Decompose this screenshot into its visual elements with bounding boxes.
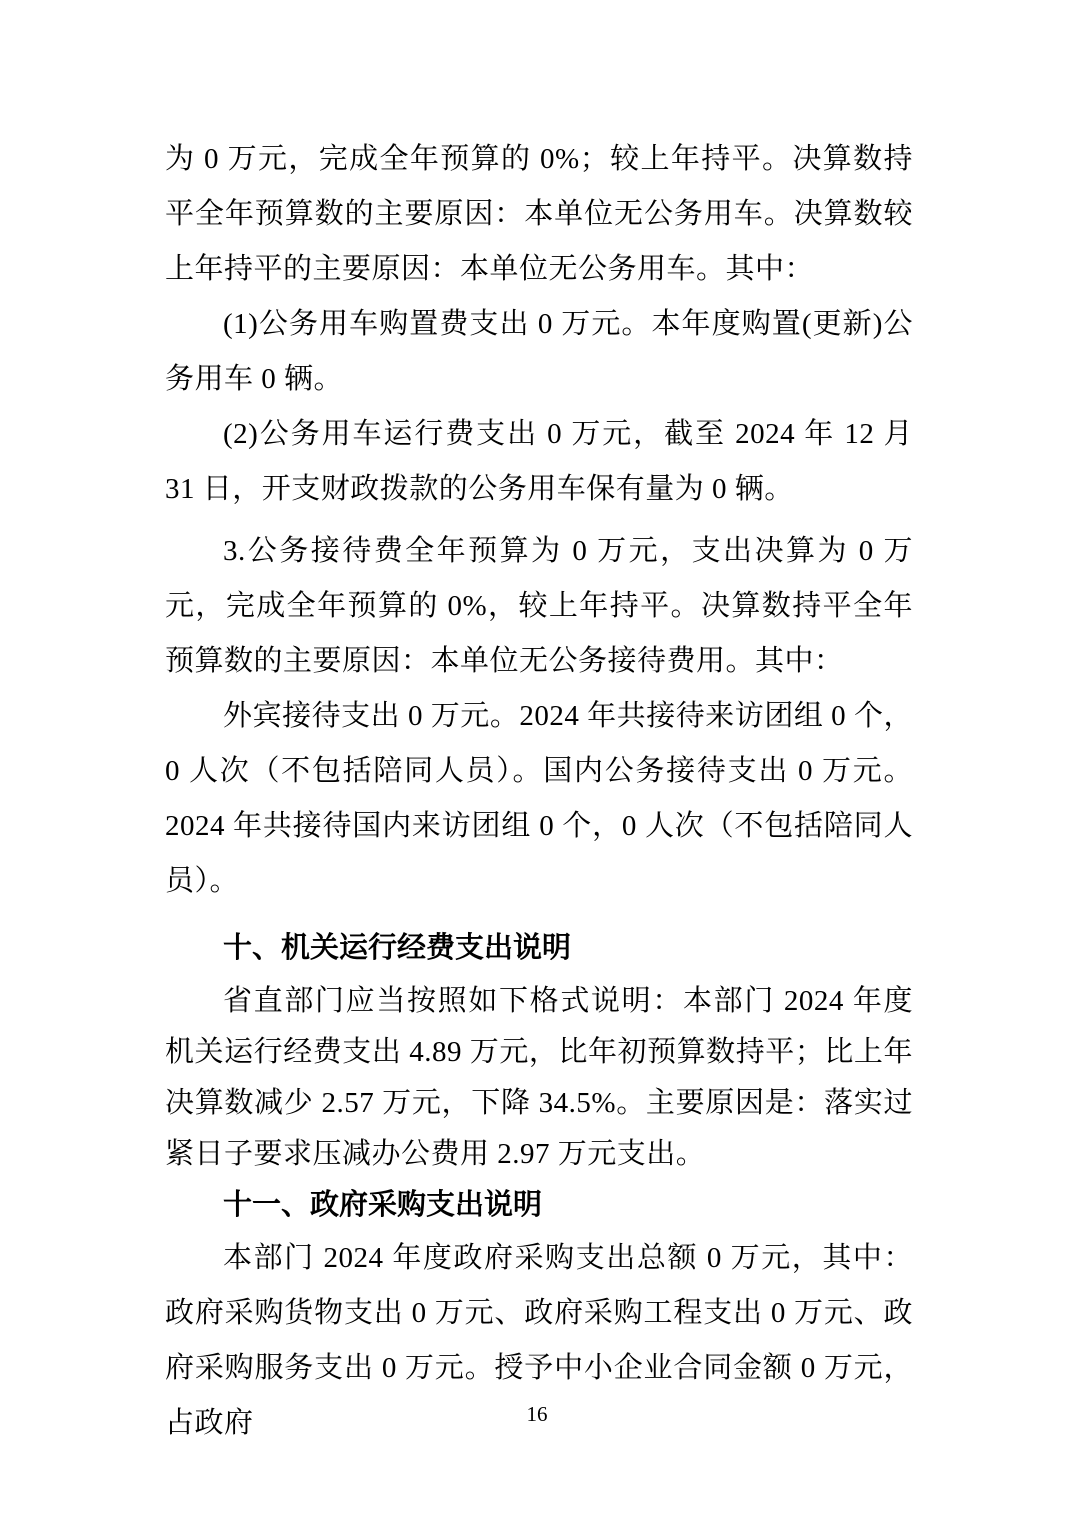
section-heading-government-procurement: 十一、政府采购支出说明 (165, 1180, 913, 1231)
page-content: 为 0 万元，完成全年预算的 0%；较上年持平。决算数持平全年预算数的主要原因：… (165, 132, 913, 1451)
paragraph-vehicle-operation: (2)公务用车运行费支出 0 万元，截至 2024 年 12 月 31 日，开支… (165, 407, 913, 517)
paragraph-vehicle-budget-continuation: 为 0 万元，完成全年预算的 0%；较上年持平。决算数持平全年预算数的主要原因：… (165, 132, 913, 297)
paragraph-vehicle-purchase: (1)公务用车购置费支出 0 万元。本年度购置(更新)公务用车 0 辆。 (165, 297, 913, 407)
section-heading-operating-expenses: 十、机关运行经费支出说明 (165, 921, 913, 976)
paragraph-foreign-guests-reception: 外宾接待支出 0 万元。2024 年共接待来访团组 0 个，0 人次（不包括陪同… (165, 689, 913, 909)
paragraph-operating-expenses: 省直部门应当按照如下格式说明：本部门 2024 年度机关运行经费支出 4.89 … (165, 976, 913, 1180)
document-page: 为 0 万元，完成全年预算的 0%；较上年持平。决算数持平全年预算数的主要原因：… (0, 0, 1074, 1520)
page-footer: 16 (0, 1402, 1074, 1427)
paragraph-official-reception: 3.公务接待费全年预算为 0 万元，支出决算为 0 万元，完成全年预算的 0%，… (165, 524, 913, 689)
page-number: 16 (527, 1402, 548, 1426)
